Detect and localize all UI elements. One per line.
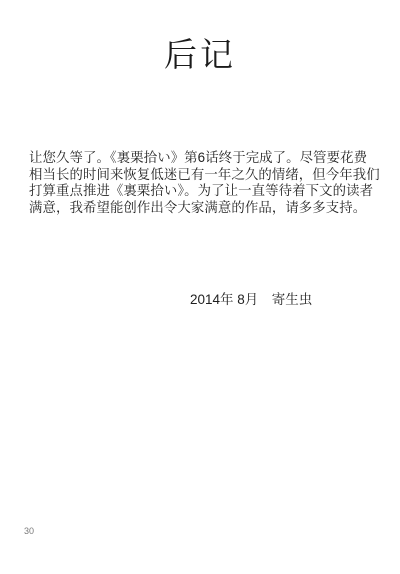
afterword-page: 后记 让您久等了。《裏栗拾い》第6话终于完成了。尽管要花费 相当长的时间来恢复低…: [0, 0, 400, 574]
paragraph-line-1: 让您久等了。《裏栗拾い》第6话终于完成了。尽管要花费: [29, 150, 375, 167]
paragraph-line-3: 打算重点推进《裏栗拾い》。为了让一直等待着下文的读者: [29, 183, 375, 200]
paragraph-line-4: 满意，我希望能创作出令大家满意的作品，请多多支持。: [29, 200, 375, 217]
page-number: 30: [24, 526, 34, 536]
page-title: 后记: [0, 36, 400, 74]
afterword-paragraph: 让您久等了。《裏栗拾い》第6话终于完成了。尽管要花费 相当长的时间来恢复低迷已有…: [29, 150, 375, 217]
paragraph-line-2: 相当长的时间来恢复低迷已有一年之久的情绪，但今年我们: [29, 167, 375, 184]
date-signature: 2014年 8月 寄生虫: [190, 291, 312, 308]
